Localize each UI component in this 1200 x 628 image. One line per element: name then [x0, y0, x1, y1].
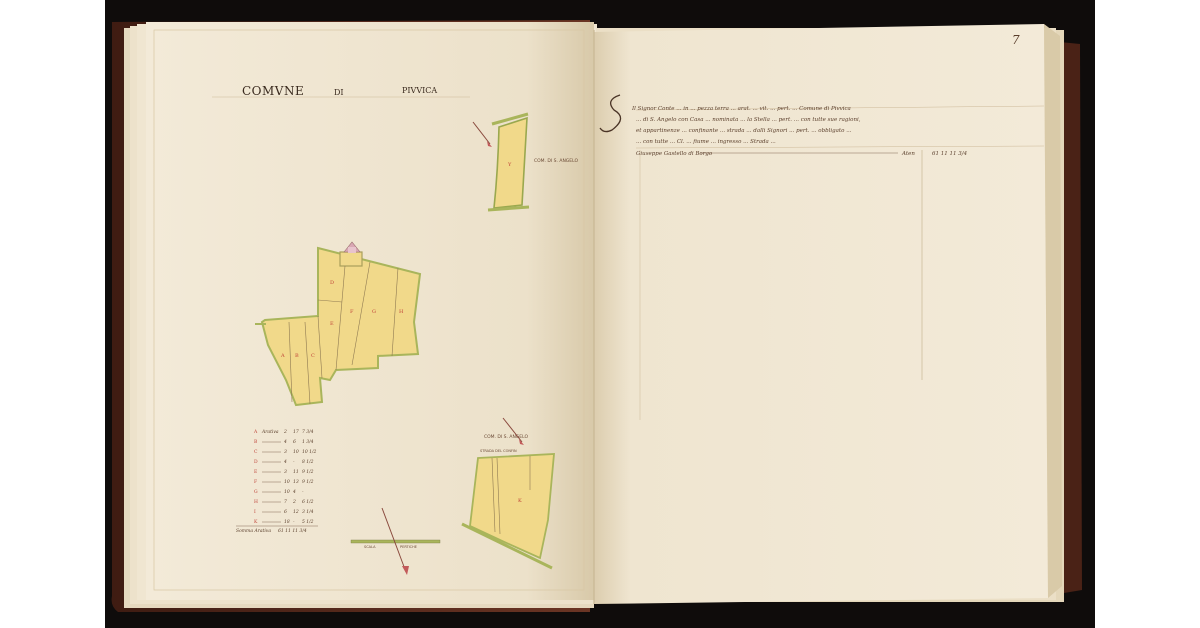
svg-text:10: 10	[284, 489, 290, 495]
parcel-k-letter: K	[518, 498, 522, 504]
entry-line-2: ... di S. Angelo con Casa ... nominata .…	[636, 117, 861, 123]
svg-text:H: H	[254, 499, 258, 505]
svg-text:17: 17	[293, 429, 299, 435]
svg-text:3 1/4: 3 1/4	[302, 509, 314, 515]
svg-text:I: I	[254, 509, 256, 515]
svg-text:9 1/2: 9 1/2	[302, 479, 314, 485]
parcel-y-side-label: COM. DI S. ANGELO	[534, 158, 578, 164]
svg-text:7 3/4: 7 3/4	[302, 429, 314, 435]
svg-text:12: 12	[293, 509, 299, 515]
svg-text:SCALA: SCALA	[364, 545, 376, 549]
svg-text:6: 6	[293, 439, 296, 445]
svg-text:13: 13	[293, 479, 299, 485]
parcel-letter-b: B	[295, 353, 299, 359]
folio-number: 7	[1012, 33, 1020, 47]
svg-text:4: 4	[283, 439, 287, 445]
parcel-k-label: COM. DI S. ANGELO	[484, 434, 528, 440]
entry-column-label: Aten	[901, 151, 915, 157]
svg-text:2: 2	[292, 499, 296, 505]
svg-text:8 1/2: 8 1/2	[302, 459, 314, 465]
svg-text:E: E	[254, 469, 257, 475]
svg-text:D: D	[254, 459, 258, 465]
svg-text:Arativa: Arativa	[261, 429, 279, 435]
legend-total-label: Somma Arativa	[236, 528, 271, 534]
svg-text:11: 11	[293, 469, 299, 475]
svg-text:18: 18	[284, 519, 290, 525]
entry-line-5: Giuseppe Gastello di Borgo	[636, 151, 713, 157]
svg-text:4: 4	[292, 489, 296, 495]
open-book: COMVNE DI PIVVICA Y COM. DI S. ANGELO	[0, 0, 1200, 628]
entry-line-3: et appartinenze ... confinante ... strad…	[636, 128, 852, 134]
svg-text:1 3/4: 1 3/4	[302, 439, 314, 445]
title-word-di: DI	[334, 88, 344, 97]
parcel-k-road: STRADA DEL CONFIN	[480, 449, 517, 453]
svg-text:10: 10	[284, 479, 290, 485]
title-word-comune: COMVNE	[242, 84, 304, 98]
legend-total-value: 61 11 11 3/4	[278, 528, 307, 534]
entry-column-value: 61 11 11 3/4	[932, 151, 968, 157]
svg-text:6: 6	[284, 509, 287, 515]
parcel-letter-f: F	[350, 309, 354, 315]
entry-line-4: ... con tutte ... Cl. ... fiume ... ingr…	[636, 139, 776, 145]
svg-text:G: G	[254, 489, 258, 495]
entry-line-1: Il Signor Conte ... in ... pezza terra .…	[631, 106, 851, 112]
parcel-letter-g: G	[372, 309, 376, 315]
title-word-pivvica: PIVVICA	[402, 86, 437, 95]
svg-text:2: 2	[283, 429, 287, 435]
parcel-letter-a: A	[280, 353, 285, 359]
svg-text:5 1/2: 5 1/2	[302, 519, 314, 525]
parcel-letter-e: E	[330, 321, 334, 327]
svg-text:6 1/2: 6 1/2	[302, 499, 314, 505]
parcel-letter-d: D	[330, 280, 334, 286]
parcel-letter-h: H	[399, 309, 404, 315]
parcel-letter-c: C	[311, 353, 315, 359]
svg-text:7: 7	[284, 499, 287, 505]
svg-text:10: 10	[293, 449, 299, 455]
svg-text:9 1/2: 9 1/2	[302, 469, 314, 475]
legend-row: A Arativa 2 17 7 3/4	[253, 429, 314, 435]
svg-text:PERTICHE: PERTICHE	[400, 545, 417, 549]
svg-text:C: C	[254, 449, 258, 455]
svg-text:10 1/2: 10 1/2	[302, 449, 317, 455]
svg-text:3: 3	[284, 449, 287, 455]
svg-text:F: F	[254, 479, 257, 485]
svg-text:4: 4	[283, 459, 287, 465]
svg-text:3: 3	[284, 469, 287, 475]
parcel-y-letter: Y	[507, 162, 512, 168]
